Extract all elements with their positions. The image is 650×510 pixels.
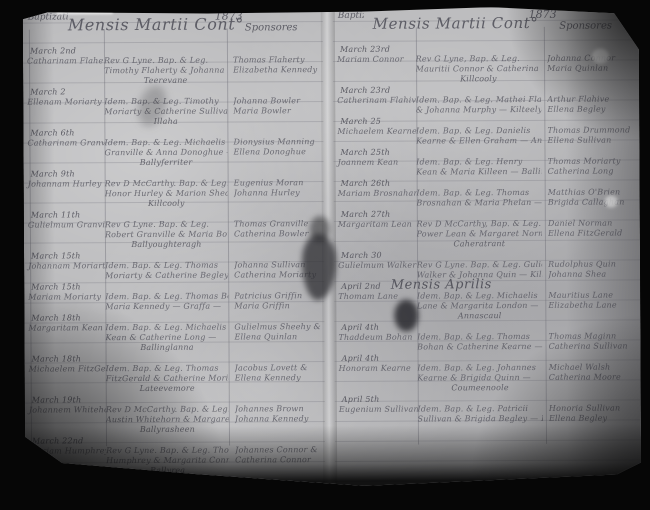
- record-details-line2: Kearne & Brigida Quinn —: [417, 373, 543, 384]
- record-sponsor2: Ellena Begley: [547, 104, 639, 114]
- record-details-line2: Kearne & Ellen Graham — Anagh: [416, 136, 542, 147]
- record-date-text: March 11th: [31, 209, 81, 220]
- record-sponsors: Dionysius ManningEllena Donoghue: [227, 137, 323, 168]
- record-place: Annascaul: [417, 311, 543, 322]
- record-sponsors: Thomas FlahertyElizabetha Kennedy: [227, 55, 323, 86]
- record-details: Idem. Bap. & Leg. Thomas BegleyMaria Ken…: [105, 292, 228, 313]
- record-details: Rev G Lyne. Bap. & Leg.Timothy Flaherty …: [104, 56, 227, 87]
- record-name: Joannem Kean: [334, 158, 417, 178]
- record-name: Thaddeum Bohan: [334, 333, 417, 353]
- record-date-text: March 9th: [31, 168, 75, 179]
- record-name: Johannem Whitehorn: [25, 405, 106, 435]
- register-header: Baptizati Mensis Martii Cont° 1873 Spons…: [333, 6, 639, 42]
- record-details: Idem. Bap. & Leg. JohannesKearne & Brigi…: [417, 363, 543, 394]
- record-details: Idem. Bap. & Leg. ThomasMoriarty & Cathe…: [105, 261, 228, 282]
- record-entry: Catharinam FlahertyRev G Lyne. Bap. & Le…: [23, 55, 323, 87]
- record-sponsor1: Gulielmus Sheehy &: [234, 322, 324, 332]
- record-date-text: March 22nd: [32, 435, 83, 446]
- record-date-text: March 2: [30, 86, 66, 97]
- record-details-line1: Rev G Lyne, Bap. & Leg.: [416, 54, 542, 65]
- record-sponsor2: Catherina Connor: [235, 455, 325, 465]
- record-details-line2: Robert Granville & Maria Bowler: [105, 230, 228, 241]
- record-sponsor1: Arthur Flahive: [547, 94, 639, 104]
- record-details: Rev D McCarthy. Bap. & Leg.Austin Whiteh…: [106, 405, 229, 436]
- record-sponsor1: Honoria Sullivan: [549, 403, 641, 413]
- record-details-line1: Rev D McCarthy. Bap. & Leg.: [105, 179, 228, 190]
- record-sponsor2: Ellena FitzGerald: [548, 228, 640, 238]
- record-details-line1: Rev G Lyne. Bap. & Leg.: [105, 220, 228, 231]
- record-place: Ballyrea: [106, 466, 229, 477]
- record-sponsor1: Matthias O'Brien: [548, 187, 640, 197]
- record-details-line2: Maria Kennedy — Graffa —: [105, 302, 228, 313]
- record-details-line2: & Johanna Murphy — Kilteely: [416, 105, 542, 116]
- records-list: March 2ndCatharinam FlahertyRev G Lyne. …: [23, 44, 325, 477]
- record-details-line1: Rev G Lyne. Bap. & Leg. Thomas: [106, 446, 229, 457]
- record-sponsor2: Ellena Quinlan: [234, 332, 324, 342]
- record-details-line2: Timothy Flaherty & Johanna Manning: [104, 66, 227, 77]
- record-sponsor1: Thomas Moriarty: [548, 156, 640, 166]
- record-name: Johannam Moriarty: [24, 261, 105, 281]
- record-details-line1: Idem. Bap. & Leg. Thomas: [106, 364, 229, 375]
- record-details-line1: Idem. Bap. & Leg. Michaelis: [105, 323, 228, 334]
- record-name: Margaritam Lean: [334, 220, 417, 250]
- record-details-line1: Idem. Bap. & Leg. Michaelis: [104, 138, 227, 149]
- record-entry: Thomam LaneIdem. Bap. & Leg. MichaelisLa…: [334, 290, 640, 322]
- record-details-line1: Idem. Bap. & Leg. Thomas: [417, 332, 543, 343]
- record-place: Caheratrant: [417, 239, 543, 250]
- record-date-text: March 23rd: [340, 44, 390, 55]
- record-sponsor2: Ellena Kennedy: [235, 373, 325, 383]
- record-name: Honoram Kearne: [335, 364, 418, 394]
- right-page: Baptizati Mensis Martii Cont° 1873 Spons…: [333, 6, 642, 488]
- record-sponsor2: Catherina Bowler: [234, 229, 324, 239]
- record-sponsors: Matthias O'BrienBrigida Callaghan: [542, 187, 640, 208]
- record-details-line2: Sullivan & Brigida Begley — Emlagh: [417, 414, 543, 425]
- record-details: Idem. Bap. & Leg. DanielisKearne & Ellen…: [416, 126, 542, 147]
- record-sponsors: Johannes BrownJohanna Kennedy: [229, 404, 325, 435]
- record-details-line1: Idem. Bap. & Leg. Thomas: [416, 188, 542, 199]
- record-details: Idem. Bap. & Leg. MichaelisKean & Cather…: [105, 323, 228, 354]
- record-sponsor2: Catherina Sullivan: [549, 341, 641, 351]
- record-name: Margaritam Kean: [24, 323, 105, 353]
- page-spread: Baptizati Mensis Martii Cont° 1873 Spons…: [23, 6, 642, 489]
- record-entry: Ellenam MoriartyIdem. Bap. & Leg. Timoth…: [23, 96, 323, 128]
- record-sponsor2: Ellena Sullivan: [547, 135, 639, 145]
- record-sponsor1: Dionysius Manning: [233, 137, 323, 147]
- record-date-text: April 4th: [342, 353, 380, 364]
- record-place: Killcooly: [105, 199, 228, 210]
- record-details-line2: Bohan & Catherine Kearne — Ballyglin: [417, 342, 543, 353]
- record-date-text: March 25th: [340, 147, 390, 158]
- record-details-line2: Power Lean & Margaret Norman: [417, 229, 543, 240]
- record-date-text: March 2nd: [30, 45, 76, 56]
- record-sponsors: Johanna SullivanCatherina Moriarty: [228, 260, 324, 281]
- record-sponsor2: Johanna Kennedy: [235, 414, 325, 424]
- record-details-line1: Idem. Bap. & Leg. Henry: [416, 157, 542, 168]
- record-name: Mariam Moriarty: [24, 292, 105, 312]
- record-sponsor1: Thomas Drummond: [547, 125, 639, 135]
- record-sponsor1: Eugenius Moran: [234, 178, 324, 188]
- register-year: 1873: [215, 9, 243, 22]
- record-entry: Gulielmum GranvilleRev G Lyne. Bap. & Le…: [24, 219, 324, 251]
- record-sponsors: Johanna ConnorMaria Quinlan: [541, 53, 639, 84]
- record-name: Catharinam Flaherty: [23, 56, 104, 86]
- month-section-title: Mensis Aprilis: [391, 278, 492, 292]
- record-date-text: March 19th: [32, 394, 82, 405]
- record-place: Lateevemore: [106, 384, 229, 395]
- record-sponsor2: Catherina Long: [548, 166, 640, 176]
- record-date-text: April 5th: [342, 394, 380, 405]
- record-sponsor1: Johannes Brown: [235, 404, 325, 414]
- record-sponsors: Thomas MoriartyCatherina Long: [542, 156, 640, 177]
- record-date-text: March 15th: [31, 281, 81, 292]
- record-sponsors: Honoria SullivanEllena Begley: [543, 403, 641, 424]
- record-sponsor2: Elizabetha Lane: [548, 300, 640, 310]
- record-sponsor1: Daniel Norman: [548, 218, 640, 228]
- record-entry: Johannam MoriartyIdem. Bap. & Leg. Thoma…: [24, 260, 324, 282]
- record-date-text: March 15th: [31, 250, 81, 261]
- record-details-line1: Idem. Bap. & Leg. Danielis: [416, 126, 542, 137]
- record-entry: Honoram KearneIdem. Bap. & Leg. Johannes…: [335, 362, 641, 394]
- record-date-text: March 23rd: [340, 85, 390, 96]
- record-entry: Joannem KeanIdem. Bap. & Leg. HenryKean …: [334, 156, 640, 178]
- record-date-text: April 4th: [341, 322, 379, 333]
- record-entry: Catharinam GranvilleIdem. Bap. & Leg. Mi…: [23, 137, 323, 169]
- record-name: Catharinam Granville: [23, 138, 104, 168]
- register-title: Mensis Martii Cont°: [373, 14, 539, 33]
- sponsors-label: Sponsores: [245, 22, 298, 33]
- record-date-text: March 18th: [32, 353, 82, 364]
- record-details-line2: Moriarty & Catherine Sullivan —: [104, 107, 227, 118]
- record-entry: Johannam HurleyRev D McCarthy. Bap. & Le…: [24, 178, 324, 210]
- column-label: Baptizati: [28, 12, 69, 22]
- record-name: Gulielmum Granville: [24, 220, 105, 250]
- record-place: Teerevane: [104, 76, 227, 87]
- record-entry: Margaritam KeanIdem. Bap. & Leg. Michael…: [24, 322, 324, 354]
- sponsors-label: Sponsores: [559, 21, 612, 32]
- record-sponsor2: Maria Griffin: [234, 301, 324, 311]
- record-sponsor1: Thomas Maginn: [549, 331, 641, 341]
- record-sponsors: Michael WalshCatherina Moore: [543, 362, 641, 393]
- record-sponsors: Arthur FlahiveEllena Begley: [541, 94, 639, 115]
- record-details: Rev G Lyne. Bap. & Leg. ThomasHumphrey &…: [106, 446, 229, 477]
- record-place: Killcooly: [416, 74, 542, 85]
- record-sponsors: Johanna BowlerMaria Bowler: [227, 96, 323, 127]
- record-details-line1: Idem. Bap. & Leg. Patricii: [417, 404, 543, 415]
- record-details: Idem. Bap. & Leg. MichaelisLane & Margar…: [417, 291, 543, 322]
- record-details-line2: Kean & Catherine Long —: [105, 333, 228, 344]
- record-sponsors: Jacobus Lovett &Ellena Kennedy: [229, 363, 325, 394]
- record-sponsor2: Johanna Hurley: [234, 188, 324, 198]
- record-entry: Michaelem KearneIdem. Bap. & Leg. Daniel…: [333, 125, 639, 147]
- record-sponsor2: Catherina Moriarty: [234, 270, 324, 280]
- record-details: Idem. Bap. & Leg. PatriciiSullivan & Bri…: [417, 404, 543, 425]
- register-year: 1873: [529, 8, 557, 21]
- record-sponsor2: Ellena Donoghue: [233, 147, 323, 157]
- record-date-text: March 6th: [30, 127, 74, 138]
- record-details: Idem. Bap. & Leg. ThomasFitzGerald & Cat…: [106, 364, 229, 395]
- record-sponsor2: Maria Quinlan: [547, 63, 639, 73]
- column-label: Baptizati: [338, 11, 364, 21]
- record-sponsors: Johannes Connor &Catherina Connor: [229, 445, 325, 476]
- record-sponsors: Rudolphus QuinJohanna Shea: [542, 259, 640, 280]
- record-details-line2: Lane & Margarita London —: [417, 301, 543, 312]
- record-name: Ellenam Moriarty: [23, 97, 104, 127]
- record-details: Idem. Bap. & Leg. ThomasBrosnahan & Mari…: [416, 188, 542, 209]
- record-date-text: March 27th: [341, 209, 391, 220]
- record-entry: Eugenium SullivanIdem. Bap. & Leg. Patri…: [335, 403, 641, 425]
- record-details-line1: Idem. Bap. & Leg. Johannes: [417, 363, 543, 374]
- record-sponsor1: Patricius Griffin: [234, 291, 324, 301]
- record-details: Idem. Bap. & Leg. HenryKean & Maria Kill…: [416, 157, 542, 178]
- record-name: Mariam Humphrey: [25, 446, 106, 476]
- record-details-line2: Humphrey & Margarita Connor —: [106, 456, 229, 467]
- record-entry: Mariam MoriartyIdem. Bap. & Leg. Thomas …: [24, 291, 324, 313]
- record-sponsors: Thomas DrummondEllena Sullivan: [541, 125, 639, 146]
- record-date-text: March 30: [341, 250, 382, 261]
- record-details-line2: Granville & Anna Donoghue —: [104, 148, 227, 159]
- record-name: Mariam Connor: [333, 55, 416, 85]
- record-details-line2: Kean & Maria Killeen — Ballinglanna: [416, 167, 542, 178]
- record-sponsor1: Thomas Granville: [234, 219, 324, 229]
- record-entry: Mariam ConnorRev G Lyne, Bap. & Leg.Maur…: [333, 53, 639, 85]
- record-name: Thomam Lane: [334, 292, 417, 322]
- record-name: Michaelem FitzGerald: [25, 364, 106, 394]
- record-details-line2: Brosnahan & Maria Phelan — Clounsharragh: [416, 198, 542, 209]
- record-details-line1: Rev D McCarthy. Bap. & Leg.: [106, 405, 229, 416]
- record-place: Coumeenoole: [417, 383, 543, 394]
- record-sponsor1: Mauritius Lane: [548, 290, 640, 300]
- record-entry: Johannem WhitehornRev D McCarthy. Bap. &…: [25, 404, 325, 436]
- record-details-line2: FitzGerald & Catherine Moriarty —: [106, 374, 229, 385]
- record-sponsors: Mauritius LaneElizabetha Lane: [542, 290, 640, 321]
- record-sponsors: Gulielmus Sheehy &Ellena Quinlan: [228, 322, 324, 353]
- record-date-text: April 2nd: [341, 281, 381, 292]
- record-name: Michaelem Kearne: [333, 127, 416, 147]
- record-place: Ballyoughteragh: [105, 240, 228, 251]
- record-details-line1: Rev G Lyne. Bap. & Leg. Gulielmi: [417, 260, 543, 271]
- register-header: Baptizati Mensis Martii Cont° 1873 Spons…: [23, 8, 323, 44]
- record-entry: Mariam HumphreyRev G Lyne. Bap. & Leg. T…: [25, 445, 325, 477]
- left-page: Baptizati Mensis Martii Cont° 1873 Spons…: [23, 8, 326, 490]
- record-sponsor2: Elizabetha Kennedy: [233, 65, 323, 75]
- record-sponsor1: Rudolphus Quin: [548, 259, 640, 269]
- record-sponsor1: Johanna Bowler: [233, 96, 323, 106]
- record-name: Catherinam Flahive: [333, 96, 416, 116]
- record-sponsor1: Johanna Sullivan: [234, 260, 324, 270]
- record-details-line2: Mauritii Connor & Catherina Anna: [416, 64, 542, 75]
- record-sponsors: Patricius GriffinMaria Griffin: [228, 291, 324, 312]
- record-name: Johannam Hurley: [24, 179, 105, 209]
- record-sponsor2: Ellena Begley: [549, 413, 641, 423]
- record-sponsors: Eugenius MoranJohanna Hurley: [228, 178, 324, 209]
- record-sponsor1: Michael Walsh: [549, 362, 641, 372]
- record-details: Rev G Lyne. Bap. & Leg.Robert Granville …: [105, 220, 228, 251]
- record-entry: Michaelem FitzGeraldIdem. Bap. & Leg. Th…: [25, 363, 325, 395]
- record-entry: Margaritam LeanRev D McCarthy, Bap. & Le…: [334, 218, 640, 250]
- record-details-line1: Idem. Bap. & Leg. Timothy: [104, 97, 227, 108]
- record-details-line1: Rev G Lyne. Bap. & Leg.: [104, 56, 227, 67]
- record-details: Idem. Bap. & Leg. MichaelisGranville & A…: [104, 138, 227, 169]
- record-details: Idem. Bap. & Leg. ThomasBohan & Catherin…: [417, 332, 543, 353]
- record-place: Ballyrasheen: [106, 425, 229, 436]
- record-sponsor1: Johannes Connor &: [235, 445, 325, 455]
- record-sponsor1: Johanna Connor: [547, 53, 639, 63]
- record-sponsor2: Brigida Callaghan: [548, 197, 640, 207]
- record-name: Eugenium Sullivan: [335, 405, 418, 425]
- record-entry: Mariam BrosnahanIdem. Bap. & Leg. Thomas…: [334, 187, 640, 209]
- record-place: Ballinglanna: [105, 343, 228, 354]
- record-sponsor1: Jacobus Lovett &: [235, 363, 325, 373]
- record-sponsor1: Thomas Flaherty: [233, 55, 323, 65]
- record-details-line1: Idem. Bap. & Leg. Thomas: [105, 261, 228, 272]
- record-details-line2: Honor Hurley & Marion Shea —: [105, 189, 228, 200]
- record-details: Idem. Bap. & Leg. Mathei Flahive& Johann…: [416, 95, 542, 116]
- record-name: Mariam Brosnahan: [334, 189, 417, 209]
- record-sponsors: Thomas MaginnCatherina Sullivan: [543, 331, 641, 352]
- record-entry: Thaddeum BohanIdem. Bap. & Leg. ThomasBo…: [334, 331, 640, 353]
- photo-frame: Baptizati Mensis Martii Cont° 1873 Spons…: [0, 0, 650, 510]
- record-sponsors: Daniel NormanEllena FitzGerald: [542, 218, 640, 249]
- record-details: Idem. Bap. & Leg. TimothyMoriarty & Cath…: [104, 97, 227, 128]
- record-entry: Catherinam FlahiveIdem. Bap. & Leg. Math…: [333, 94, 639, 116]
- record-details: Rev G Lyne, Bap. & Leg.Mauritii Connor &…: [416, 54, 542, 85]
- record-details: Rev D McCarthy, Bap. & Leg. DanielPower …: [416, 219, 542, 250]
- record-details: Rev D McCarthy. Bap. & Leg.Honor Hurley …: [105, 179, 228, 210]
- record-sponsor2: Johanna Shea: [548, 269, 640, 279]
- record-details-line1: Idem. Bap. & Leg. Thomas Begley: [105, 292, 228, 303]
- record-details-line2: Moriarty & Catherine Begley — Ballinahow: [105, 271, 228, 282]
- record-sponsors: Thomas GranvilleCatherina Bowler: [228, 219, 324, 250]
- record-place: Ballyferriter: [105, 158, 228, 169]
- record-details-line2: Austin Whitehorn & Margaret Morgan: [106, 415, 229, 426]
- record-place: Illaha: [104, 117, 227, 128]
- record-details-line1: Rev D McCarthy, Bap. & Leg. Daniel: [416, 219, 542, 230]
- record-details-line1: Idem. Bap. & Leg. Michaelis: [417, 291, 543, 302]
- record-details-line1: Idem. Bap. & Leg. Mathei Flahive: [416, 95, 542, 106]
- record-date-text: March 25: [340, 116, 381, 127]
- record-date-text: March 26th: [341, 178, 391, 189]
- record-sponsor2: Maria Bowler: [233, 106, 323, 116]
- records-list: March 23rdMariam ConnorRev G Lyne, Bap. …: [333, 42, 641, 425]
- record-sponsor2: Catherina Moore: [549, 372, 641, 382]
- record-date-text: March 18th: [31, 312, 81, 323]
